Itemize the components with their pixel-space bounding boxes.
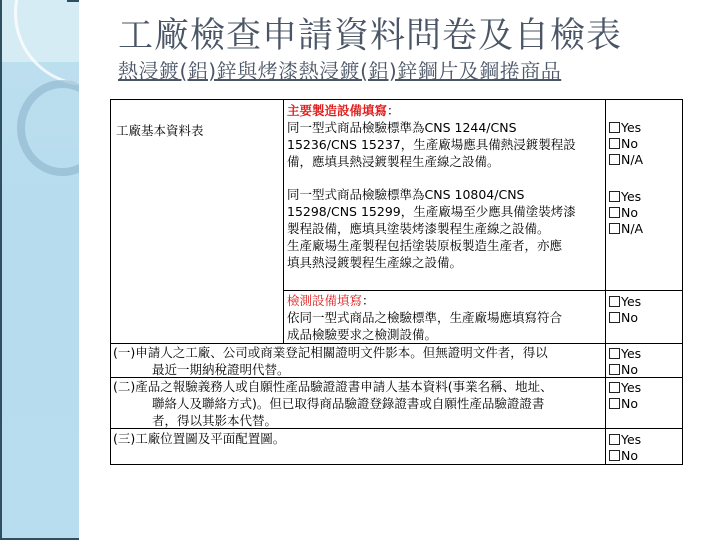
requirement-text: 同一型式商品檢驗標準為CNS 10804/CNS 15298/CNS 15299… [287,186,602,271]
checkbox-icon[interactable] [609,382,620,393]
column-divider [605,100,606,464]
slide-subtitle: 熱浸鍍(鋁)鋅與烤漆熱浸鍍(鋁)鋅鋼片及鋼捲商品 [118,55,561,84]
checkbox-no[interactable]: No [609,204,643,220]
option-group: Yes No [609,293,641,325]
checkbox-no[interactable]: No [609,309,641,325]
checkbox-no[interactable]: No [609,395,641,411]
document-item-2: (二)產品之報驗義務人或自願性產品驗證證書申請人基本資料(事業名稱、地址、 聯絡… [113,378,603,429]
checkbox-icon[interactable] [609,207,620,218]
checkbox-icon[interactable] [609,450,620,461]
checkbox-icon[interactable] [609,434,620,445]
checkbox-icon[interactable] [609,312,620,323]
slide-title: 工廠檢查申請資料問卷及自檢表 [118,8,622,58]
checkbox-icon[interactable] [609,122,620,133]
decoration-corner [67,0,79,2]
checkbox-icon[interactable] [609,223,620,234]
checkbox-icon[interactable] [609,138,620,149]
checkbox-yes[interactable]: Yes [609,119,643,135]
checkbox-no[interactable]: No [609,135,643,151]
option-group: Yes No [609,379,641,411]
requirement-text: 同一型式商品檢驗標準為CNS 1244/CNS 15236/CNS 15237，… [287,119,602,170]
decoration-ring [17,80,79,176]
section-heading: 主要製造設備填寫： [287,102,602,119]
checkbox-icon[interactable] [609,364,620,375]
document-item-3: (三)工廠位置圖及平面配置圖。 [113,430,603,447]
decoration-arc [14,0,79,86]
heading-text: 主要製造設備填寫 [287,103,387,118]
section-label: 工廠基本資料表 [116,122,204,139]
checkbox-icon[interactable] [609,348,620,359]
option-group: Yes No N/A [609,188,643,236]
section-heading: 檢測設備填寫： [287,292,602,309]
checkbox-yes[interactable]: Yes [609,188,643,204]
checkbox-icon[interactable] [609,154,620,165]
checkbox-icon[interactable] [609,398,620,409]
option-group: Yes No [609,431,641,463]
slide-decoration [0,0,79,540]
option-group: Yes No [609,345,641,377]
checkbox-na[interactable]: N/A [609,151,643,167]
checkbox-yes[interactable]: Yes [609,293,641,309]
checkbox-no[interactable]: No [609,361,641,377]
heading-text: 檢測設備填寫 [287,293,362,308]
checkbox-no[interactable]: No [609,447,641,463]
checklist-table: 工廠基本資料表 主要製造設備填寫： 同一型式商品檢驗標準為CNS 1244/CN… [110,99,683,465]
column-divider [283,100,284,343]
equipment-section: 主要製造設備填寫： 同一型式商品檢驗標準為CNS 1244/CNS 15236/… [287,102,602,170]
checkbox-icon[interactable] [609,296,620,307]
option-group: Yes No N/A [609,119,643,167]
checkbox-yes[interactable]: Yes [609,379,641,395]
checkbox-icon[interactable] [609,191,620,202]
testing-section: 檢測設備填寫： 依同一型式商品之檢驗標準，生產廠場應填寫符合 成品檢驗要求之檢測… [287,292,602,343]
document-item-1: (一)申請人之工廠、公司或商業登記相關證明文件影本。但無證明文件者，得以 最近一… [113,344,603,378]
checkbox-yes[interactable]: Yes [609,345,641,361]
checkbox-na[interactable]: N/A [609,220,643,236]
checkbox-yes[interactable]: Yes [609,431,641,447]
row-divider [283,290,682,291]
